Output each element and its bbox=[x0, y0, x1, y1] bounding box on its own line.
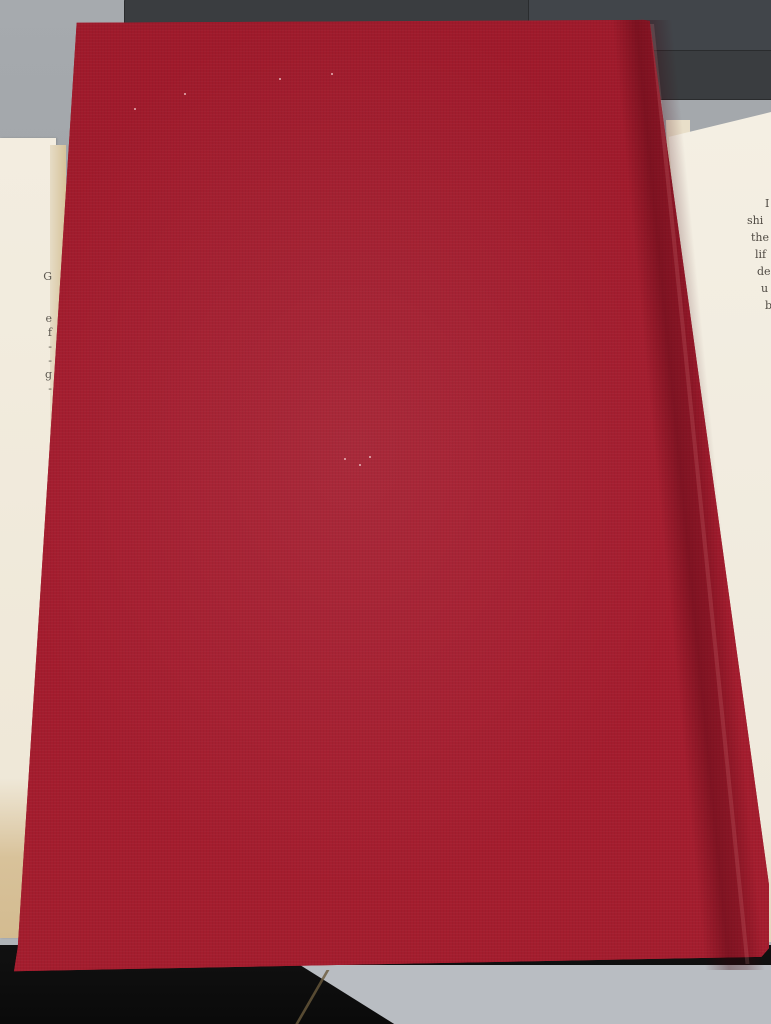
dust-speck bbox=[331, 73, 333, 75]
dust-speck bbox=[369, 456, 371, 458]
text-fragment: - bbox=[0, 354, 52, 368]
text-fragment: shi bbox=[747, 212, 771, 229]
text-fragment: G bbox=[0, 270, 52, 284]
dust-speck bbox=[134, 108, 136, 110]
right-flap-text: I shi the lif de u b bbox=[747, 195, 771, 314]
left-flap-text: G e f - - g - bbox=[0, 270, 52, 396]
dust-speck bbox=[279, 78, 281, 80]
text-fragment: f bbox=[0, 326, 52, 340]
text-fragment: u bbox=[747, 280, 771, 297]
dust-speck bbox=[359, 464, 361, 466]
dust-speck bbox=[184, 93, 186, 95]
text-fragment: g bbox=[0, 368, 52, 382]
text-fragment: e bbox=[0, 312, 52, 326]
red-cloth-book-cover bbox=[14, 18, 769, 976]
text-fragment: lif bbox=[747, 246, 771, 263]
text-fragment: - bbox=[0, 340, 52, 354]
spacer bbox=[0, 284, 52, 312]
text-fragment: the bbox=[747, 229, 771, 246]
text-fragment: b bbox=[747, 297, 771, 314]
text-fragment: I bbox=[747, 195, 771, 212]
dust-speck bbox=[344, 458, 346, 460]
text-fragment: de bbox=[747, 263, 771, 280]
text-fragment: - bbox=[0, 382, 52, 396]
photo-scene: G e f - - g - I shi the lif de u b bbox=[0, 0, 771, 1024]
cloth-texture bbox=[14, 18, 769, 976]
